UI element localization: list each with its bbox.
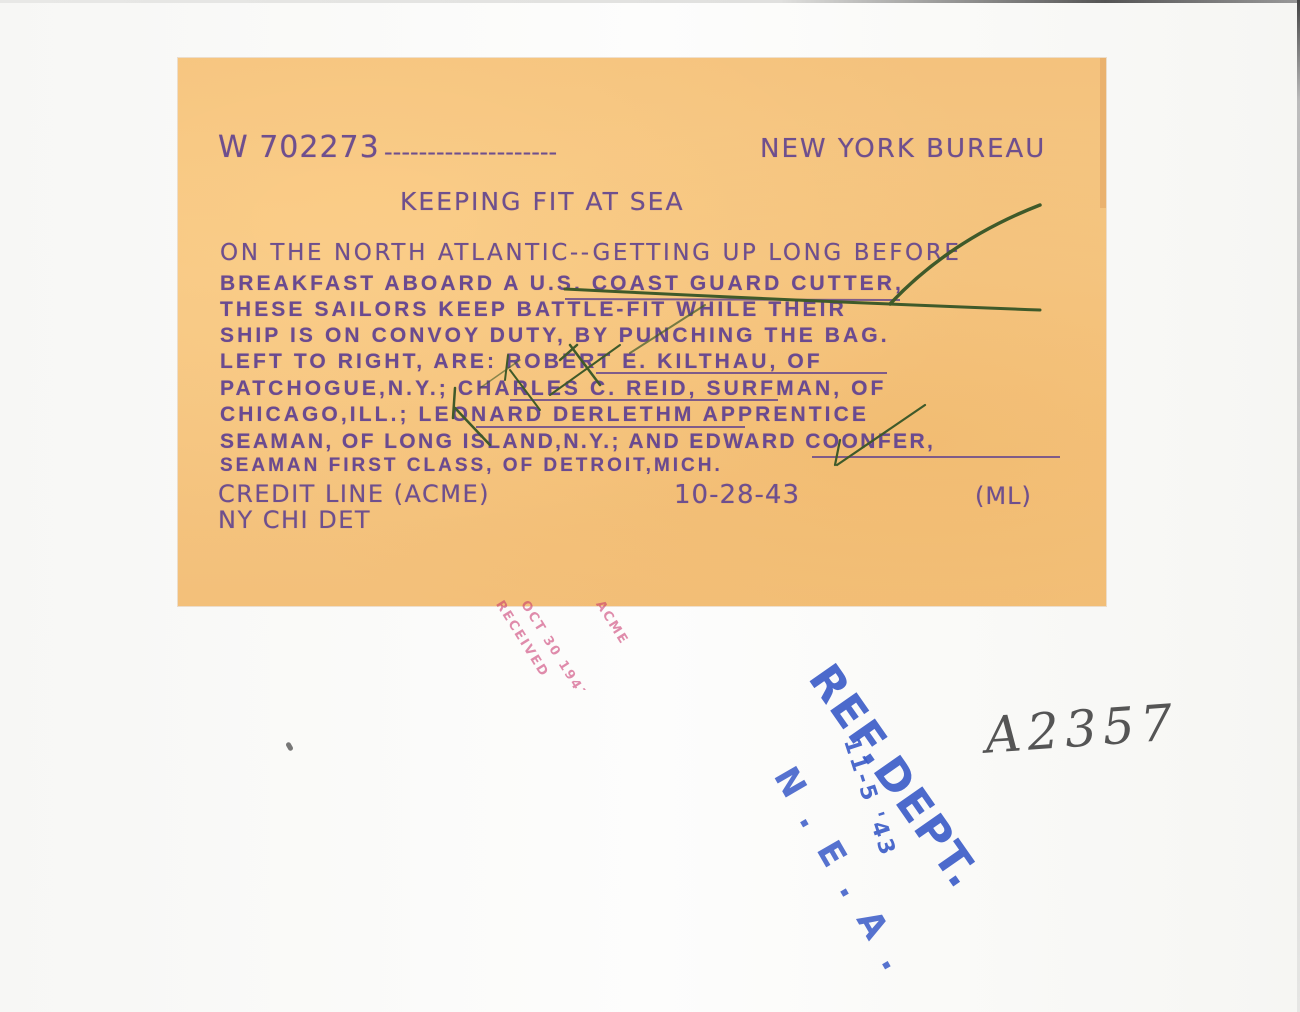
header-dashes: -------------------- [384, 138, 557, 166]
received-stamp-red: RECEIVED OCT 30 1943 ACME [485, 598, 645, 690]
body-line-6: PATCHOGUE,N.Y.; CHARLES C. REID, SURFMAN… [220, 377, 886, 401]
caption-card-fold [1100, 58, 1106, 208]
body-line-2: BREAKFAST ABOARD A U.S. COAST GUARD CUTT… [220, 272, 904, 296]
red-stamp-line-3: ACME [592, 598, 631, 648]
serial-number: W 702273 [218, 130, 380, 165]
editor-initials: (ML) [975, 482, 1032, 510]
body-line-9: SEAMAN FIRST CLASS, OF DETROIT,MICH. [220, 455, 723, 477]
body-line-4: SHIP IS ON CONVOY DUTY, BY PUNCHING THE … [220, 324, 890, 348]
body-line-3: THESE SAILORS KEEP BATTLE-FIT WHILE THEI… [220, 298, 847, 322]
caption-date: 10-28-43 [674, 480, 800, 510]
distribution-codes: NY CHI DET [218, 506, 371, 534]
body-line-7: CHICAGO,ILL.; LEONARD DERLETHM APPRENTIC… [220, 403, 869, 427]
headline: KEEPING FIT AT SEA [400, 187, 685, 216]
bureau-name: NEW YORK BUREAU [760, 134, 1046, 164]
body-line-1: ON THE NORTH ATLANTIC--GETTING UP LONG B… [220, 240, 961, 266]
credit-line: CREDIT LINE (ACME) [218, 480, 490, 508]
body-line-8: SEAMAN, OF LONG ISLAND,N.Y.; AND EDWARD … [220, 430, 935, 454]
photo-top-edge [0, 0, 1300, 3]
body-line-5: LEFT TO RIGHT, ARE: ROBERT E. KILTHAU, O… [220, 350, 823, 374]
